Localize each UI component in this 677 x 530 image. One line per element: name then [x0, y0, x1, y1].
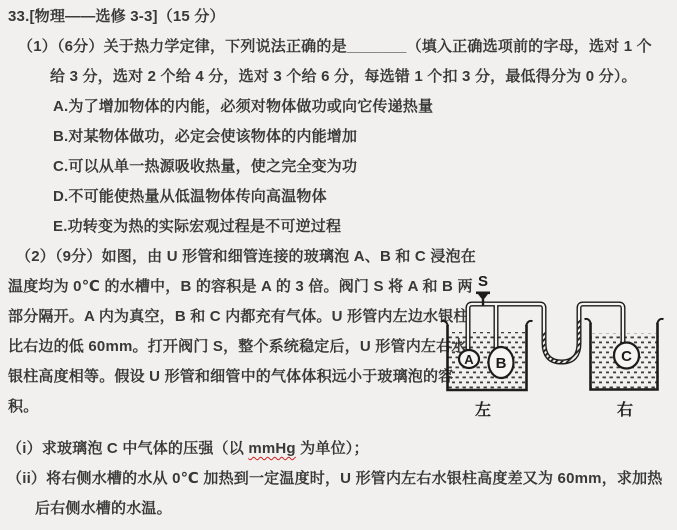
q2-sub-i: （i）求玻璃泡 C 中气体的压强（以 mmHg 为单位）； — [7, 434, 677, 464]
left-tank-rim-hooks — [442, 321, 533, 326]
valve-label: S — [478, 273, 488, 290]
option-c: C.可以从单一热源吸收热量，使之完全变为功 — [53, 152, 677, 182]
q2-sub-ii-line-2: 后右侧水槽的水温。 — [35, 494, 677, 524]
left-tank-label: 左 — [475, 400, 491, 419]
option-e: E.功转变为热的实际宏观过程是不可逆过程 — [53, 212, 677, 242]
q1-intro-line-2: 给 3 分，选对 2 个给 4 分，选对 3 个给 6 分，每选错 1 个扣 3… — [50, 62, 677, 92]
bulb-b-label: B — [496, 355, 507, 372]
exam-page: 33.[物理——选修 3-3]（15 分） （1）（6分）关于热力学定律，下列说… — [0, 0, 677, 530]
q1-intro-line-1: （1）（6分）关于热力学定律，下列说法正确的是_______（填入正确选项前的字… — [18, 32, 677, 62]
right-tank-label: 右 — [617, 400, 633, 419]
q2-sub-i-pre: （i）求玻璃泡 C 中气体的压强（以 — [7, 440, 248, 457]
q2-sub-i-unit: mmHg — [248, 440, 295, 457]
option-a: A.为了增加物体的内能，必须对物体做功或向它传递热量 — [53, 92, 677, 122]
option-b: B.对某物体做功，必定会使该物体的内能增加 — [53, 122, 677, 152]
option-d: D.不可能使热量从低温物体传向高温物体 — [53, 182, 677, 212]
q2-section: （2）（9分）如图，由 U 形管和细管连接的玻璃泡 A、B 和 C 浸泡在 温度… — [8, 242, 677, 422]
bulb-a-label: A — [464, 352, 474, 367]
q2-sub-i-post: 为单位）； — [296, 440, 369, 457]
bulb-c-label: C — [621, 348, 632, 365]
question-title: 33.[物理——选修 3-3]（15 分） — [8, 2, 677, 32]
apparatus-diagram: S A B C 左 右 — [441, 255, 677, 430]
q2-sub-ii-line-1: （ii）将右侧水槽的水从 0℃ 加热到一定温度时，U 形管内左右水银柱高度差又为… — [7, 464, 677, 494]
